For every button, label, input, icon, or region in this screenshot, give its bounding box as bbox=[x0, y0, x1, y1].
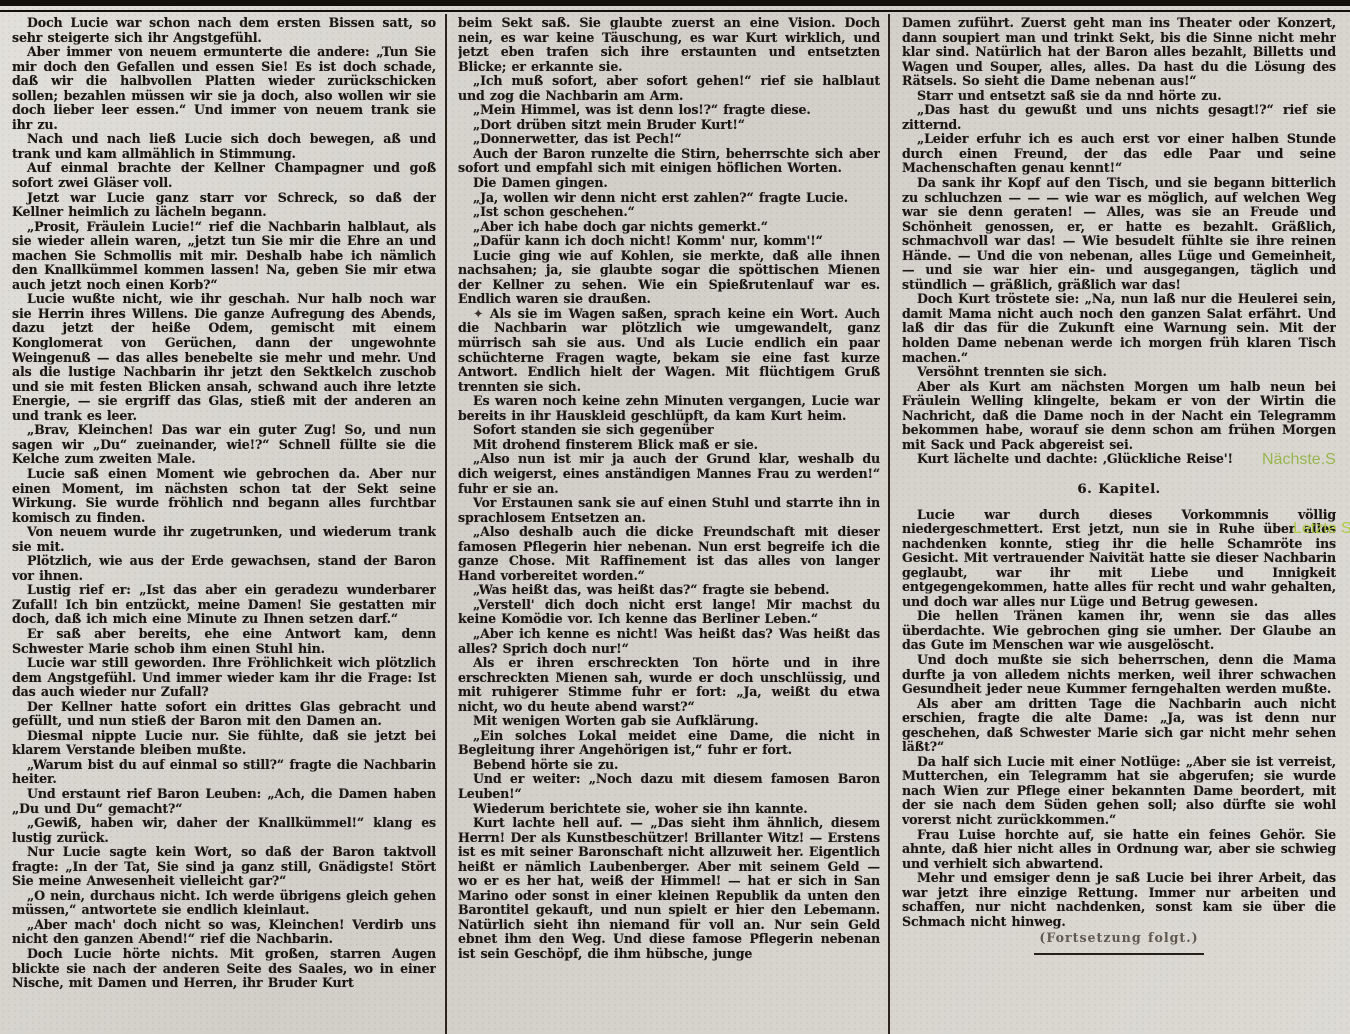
paragraph: Kurt lachte hell auf. — „Das sieht ihm ä… bbox=[458, 816, 880, 961]
paragraph: „Ich muß sofort, aber sofort gehen!“ rie… bbox=[458, 74, 880, 103]
paragraph: Jetzt war Lucie ganz starr vor Schreck, … bbox=[12, 191, 436, 220]
paragraph: Vor Erstaunen sank sie auf einen Stuhl u… bbox=[458, 496, 880, 525]
paragraph: Nach und nach ließ Lucie sich doch beweg… bbox=[12, 132, 436, 161]
text-column-2: beim Sekt saß. Sie glaubte zuerst an ein… bbox=[458, 16, 880, 1034]
ink-mark: ✦ bbox=[473, 306, 490, 321]
paragraph: Damen zuführt. Zuerst geht man ins Theat… bbox=[902, 16, 1336, 89]
paragraph: Mit wenigen Worten gab sie Aufklärung. bbox=[458, 714, 880, 729]
paragraph: „Also deshalb auch die dicke Freundschaf… bbox=[458, 525, 880, 583]
paragraph: Auch der Baron runzelte die Stirn, beher… bbox=[458, 147, 880, 176]
paragraph: Bebend hörte sie zu. bbox=[458, 758, 880, 773]
paragraph: Als er ihren erschreckten Ton hörte und … bbox=[458, 656, 880, 714]
paragraph: Lucie ging wie auf Kohlen, sie merkte, d… bbox=[458, 249, 880, 307]
continuation-notice: (Fortsetzung folgt.) bbox=[902, 931, 1336, 946]
chapter-heading: 6. Kapitel. bbox=[902, 482, 1336, 497]
paragraph: Von neuem wurde ihr zugetrunken, und wie… bbox=[12, 525, 436, 554]
paragraph: „Das hast du gewußt und uns nichts gesag… bbox=[902, 103, 1336, 132]
column-separator-2 bbox=[888, 14, 890, 1034]
paragraph: Der Kellner hatte sofort ein drittes Gla… bbox=[12, 700, 436, 729]
paragraph: Die Damen gingen. bbox=[458, 176, 880, 191]
paragraph: Und doch mußte sie sich beherrschen, den… bbox=[902, 653, 1336, 697]
page-top-rule-thick bbox=[0, 0, 1350, 6]
paragraph: Plötzlich, wie aus der Erde gewachsen, s… bbox=[12, 554, 436, 583]
paragraph: Doch Kurt tröstete sie: „Na, nun laß nur… bbox=[902, 292, 1336, 365]
newspaper-page-scan: Doch Lucie war schon nach dem ersten Bis… bbox=[0, 0, 1350, 1034]
paragraph: beim Sekt saß. Sie glaubte zuerst an ein… bbox=[458, 16, 880, 74]
paragraph: „Dort drüben sitzt mein Bruder Kurt!“ bbox=[458, 118, 880, 133]
paragraph: Die hellen Tränen kamen ihr, wenn sie da… bbox=[902, 609, 1336, 653]
paragraph: „Prosit, Fräulein Lucie!“ rief die Nachb… bbox=[12, 220, 436, 293]
paragraph: Er saß aber bereits, ehe eine Antwort ka… bbox=[12, 627, 436, 656]
paragraph: Frau Luise horchte auf, sie hatte ein fe… bbox=[902, 828, 1336, 872]
paragraph: Doch Lucie hörte nichts. Mit großen, sta… bbox=[12, 947, 436, 991]
paragraph: Diesmal nippte Lucie nur. Sie fühlte, da… bbox=[12, 729, 436, 758]
paragraph: „Donnerwetter, das ist Pech!“ bbox=[458, 132, 880, 147]
paragraph: Lucie saß einen Moment wie gebrochen da.… bbox=[12, 467, 436, 525]
paragraph: Auf einmal brachte der Kellner Champagne… bbox=[12, 161, 436, 190]
paragraph: „Ist schon geschehen.“ bbox=[458, 205, 880, 220]
paragraph: „Was heißt das, was heißt das?“ fragte s… bbox=[458, 583, 880, 598]
text-column-3: Damen zuführt. Zuerst geht man ins Theat… bbox=[902, 16, 1336, 1034]
paragraph: „Leider erfuhr ich es auch erst vor eine… bbox=[902, 132, 1336, 176]
column-separator-1 bbox=[445, 14, 447, 1034]
paragraph: Sofort standen sie sich gegenüber bbox=[458, 423, 880, 438]
paragraph: Mehr und emsiger denn je saß Lucie bei i… bbox=[902, 871, 1336, 929]
paragraph: Und er weiter: „Noch dazu mit diesem fam… bbox=[458, 772, 880, 801]
paragraph: Und erstaunt rief Baron Leuben: „Ach, di… bbox=[12, 787, 436, 816]
paragraph: „Warum bist du auf einmal so still?“ fra… bbox=[12, 758, 436, 787]
paragraph: „Dafür kann ich doch nicht! Komm' nur, k… bbox=[458, 234, 880, 249]
text-column-1: Doch Lucie war schon nach dem ersten Bis… bbox=[12, 16, 436, 1034]
paragraph: Lucie war durch dieses Vorkommnis völlig… bbox=[902, 508, 1336, 610]
paragraph: Da half sich Lucie mit einer Notlüge: „A… bbox=[902, 755, 1336, 828]
paragraph: „Aber ich kenne es nicht! Was heißt das?… bbox=[458, 627, 880, 656]
paragraph: Starr und entsetzt saß sie da nnd hörte … bbox=[902, 89, 1336, 104]
paragraph: „Also nun ist mir ja auch der Grund klar… bbox=[458, 452, 880, 496]
paragraph: ✦ Als sie im Wagen saßen, sprach keine e… bbox=[458, 307, 880, 394]
next-page-link[interactable]: Nächste.S bbox=[1262, 451, 1350, 469]
paragraph: „Mein Himmel, was ist denn los!?“ fragte… bbox=[458, 103, 880, 118]
section-end-rule bbox=[1034, 953, 1204, 955]
paragraph: „Gewiß, haben wir, daher der Knallkümmel… bbox=[12, 816, 436, 845]
last-page-link[interactable]: Letzte S bbox=[1293, 520, 1350, 538]
paragraph: Aber immer von neuem ermunterte die ande… bbox=[12, 45, 436, 132]
page-top-rule-thin bbox=[0, 10, 1350, 12]
paragraph: „Ja, wollen wir denn nicht erst zahlen?“… bbox=[458, 191, 880, 206]
paragraph: „Aber mach' doch nicht so was, Kleinchen… bbox=[12, 918, 436, 947]
paragraph: Als aber am dritten Tage die Nachbarin a… bbox=[902, 697, 1336, 755]
paragraph: Es waren noch keine zehn Minuten vergang… bbox=[458, 394, 880, 423]
paragraph: „Verstell' dich doch nicht erst lange! M… bbox=[458, 598, 880, 627]
paragraph: Lucie war still geworden. Ihre Fröhlichk… bbox=[12, 656, 436, 700]
paragraph: Lustig rief er: „Ist das aber ein gerade… bbox=[12, 583, 436, 627]
paragraph: Doch Lucie war schon nach dem ersten Bis… bbox=[12, 16, 436, 45]
paragraph: „Aber ich habe doch gar nichts gemerkt.“ bbox=[458, 220, 880, 235]
paragraph: Nur Lucie sagte kein Wort, so daß der Ba… bbox=[12, 845, 436, 889]
paragraph: Mit drohend finsterem Blick maß er sie. bbox=[458, 438, 880, 453]
paragraph: Versöhnt trennten sie sich. bbox=[902, 365, 1336, 380]
paragraph: Wiederum berichtete sie, woher sie ihn k… bbox=[458, 802, 880, 817]
paragraph: „O nein, durchaus nicht. Ich werde übrig… bbox=[12, 889, 436, 918]
paragraph: Lucie wußte nicht, wie ihr geschah. Nur … bbox=[12, 292, 436, 423]
paragraph: „Ein solches Lokal meidet eine Dame, die… bbox=[458, 729, 880, 758]
paragraph: Aber als Kurt am nächsten Morgen um halb… bbox=[902, 380, 1336, 453]
paragraph: „Brav, Kleinchen! Das war ein guter Zug!… bbox=[12, 423, 436, 467]
paragraph: Da sank ihr Kopf auf den Tisch, und sie … bbox=[902, 176, 1336, 292]
